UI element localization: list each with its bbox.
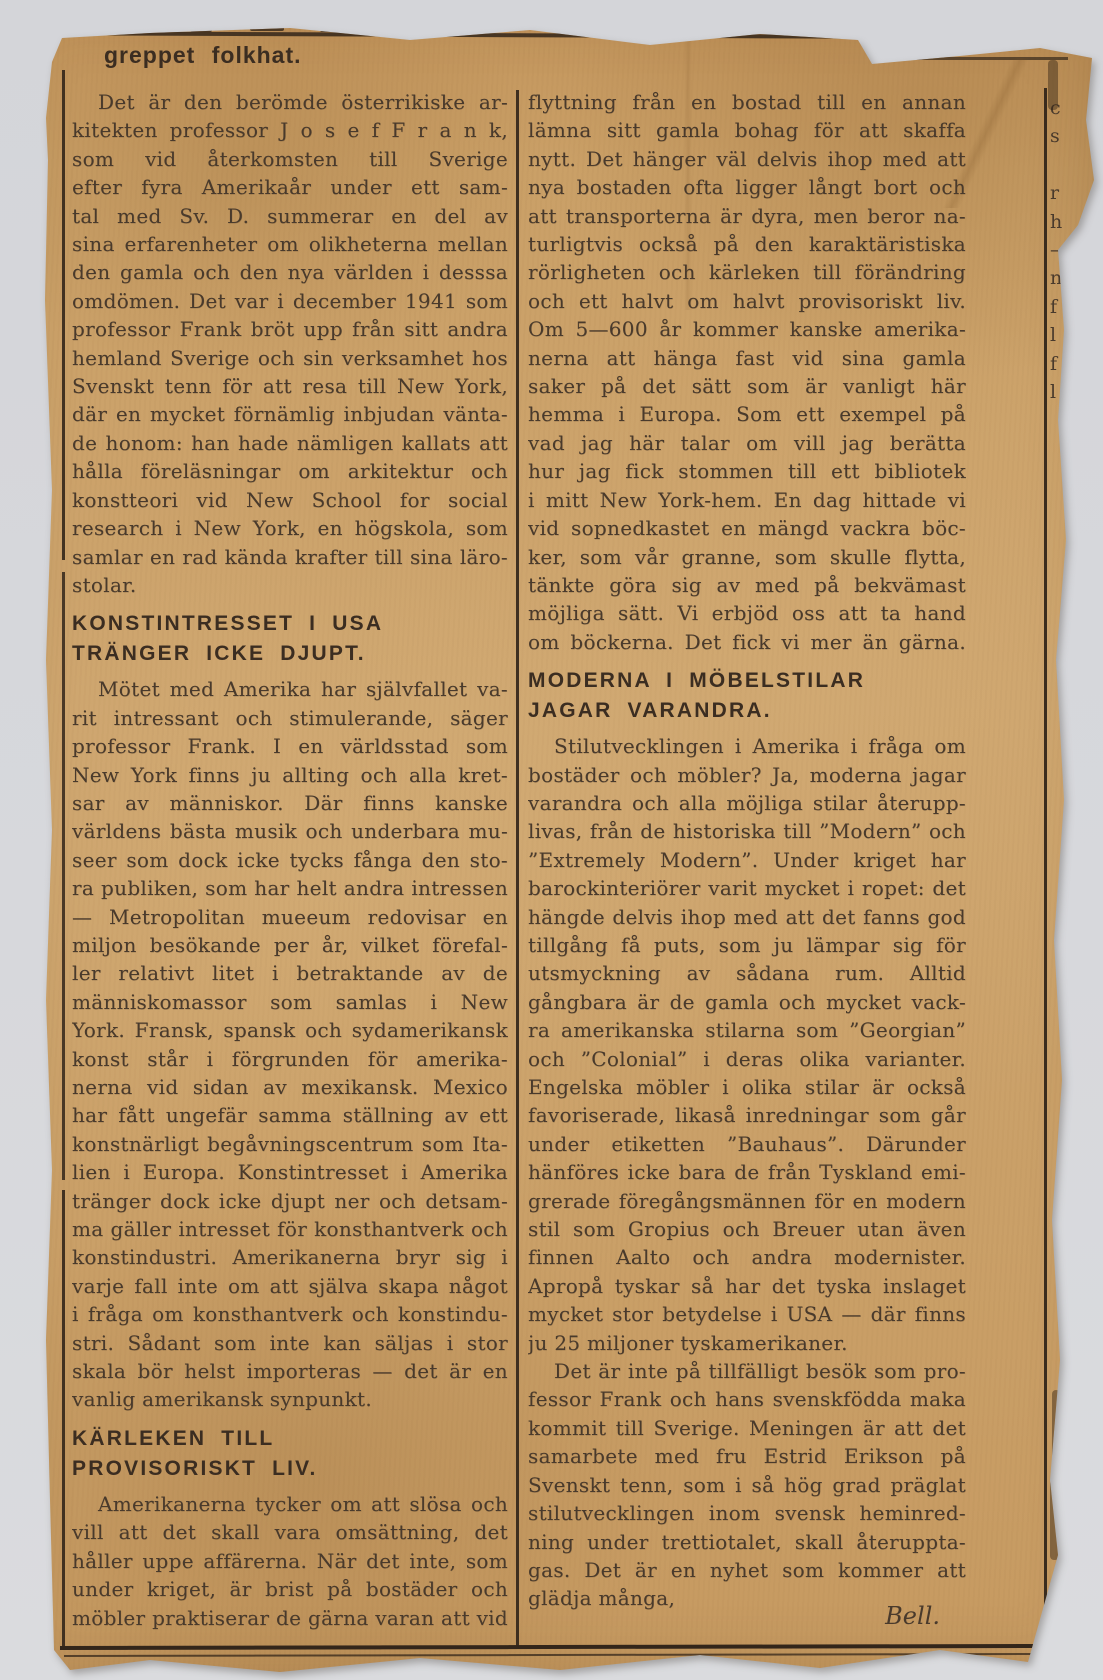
torn-third-column-letter-fragments: csrh—nflfl [1050,94,1066,406]
left-column-rule [62,70,65,560]
text-line: vill att det skall vara omsättning, det [72,1518,508,1546]
text-line: sina erfarenheter om olikheterna mellan [72,230,508,258]
text-line: ker, som vår granne, som skulle flytta, [528,543,966,571]
text-line: professor Frank bröt upp från sitt andra [72,315,508,343]
text-line: att transporterna är dyra, men beror na- [528,202,966,230]
cut-off-text-mark [250,24,284,31]
letter-fragment: l [1050,378,1066,406]
text-line: de honom: han hade nämligen kallats att [72,429,508,457]
text-line: vanlig amerikansk synpunkt. [72,1385,508,1413]
text-line: saker på det sätt som är vanligt här [528,372,966,400]
text-line: gångbara är de gamla och mycket vack- [528,988,966,1016]
cut-off-text-mark [190,26,212,32]
text-line: nerna att hänga fast vid sina gamla [528,344,966,372]
text-line: vid sopnedkastet en mängd vackra böc- [528,514,966,542]
text-line: har fått ungefär samma ställning av ett [72,1101,508,1129]
section-heading: MODERNA I MÖBELSTILARJAGAR VARANDRA. [528,666,966,726]
text-line: varje fall inte om att själva skapa någo… [72,1272,508,1300]
torn-edge-smudge [1050,1480,1059,1560]
text-line: efter fyra Amerikaår under ett sam- [72,173,508,201]
left-column-rule [62,572,65,1180]
letter-fragment: n [1050,264,1066,292]
torn-top-edge-rule-right [872,57,1068,60]
text-line: tränger dock icke djupt ner och detsam- [72,1187,508,1215]
text-line: stolar. [72,571,508,599]
text-line: människomassor som samlas i New [72,988,508,1016]
text-line: Det är inte på tillfälligt besök som pro… [528,1357,966,1385]
heading-line: PROVISORISKT LIV. [72,1454,508,1484]
bottom-border-rule-thick [60,1644,1040,1650]
letter-fragment: r [1050,179,1066,207]
text-line: grerade föregångsmännen för en modern [528,1187,966,1215]
text-line: om böckerna. Det fick vi mer än gärna. [528,628,966,656]
text-line: ler relativt litet i betraktande av de [72,959,508,987]
text-line: omdömen. Det var i december 1941 som [72,287,508,315]
text-line: konstnärligt begåvningscentrum som Ita- [72,1130,508,1158]
text-line: nytt. Det hänger väl delvis ihop med att [528,145,966,173]
text-line: hemland Sverige och sin verksamhet hos [72,344,508,372]
text-line: som vid återkomsten till Sverige [72,145,508,173]
right-text-column: flyttning från en bostad till en annanlä… [528,88,966,1613]
text-line: Svenskt tenn, som i så hög grad präglat [528,1471,966,1499]
text-line: ma gäller intresset för konsthantverk oc… [72,1215,508,1243]
text-line: ju 25 miljoner tyskamerikaner. [528,1329,966,1357]
heading-line: TRÄNGER ICKE DJUPT. [72,639,508,669]
text-line: konst står i förgrunden för amerika- [72,1045,508,1073]
text-line: New York finns ju allting och alla kret- [72,761,508,789]
kicker-headline-fragment: greppet folkhat. [104,42,302,69]
text-line: — Metropolitan mueeum redovisar en [72,903,508,931]
paragraph: flyttning från en bostad till en annanlä… [528,88,966,656]
text-line: fessor Frank och hans svenskfödda maka [528,1385,966,1413]
cut-off-text-mark [320,26,336,32]
text-line: rörligheten och kärleken till förändring [528,258,966,286]
text-line: professor Frank. I en världsstad som [72,732,508,760]
left-column-rule [62,1190,65,1648]
text-line: Stilutvecklingen i Amerika i fråga om [528,732,966,760]
right-column-divider-rule [1044,88,1047,1650]
text-line: stil som Gropius och Breuer utan även [528,1215,966,1243]
text-line: ”Extremely Modern”. Under kriget har [528,846,966,874]
text-line: i mitt New York-hem. En dag hittade vi [528,486,966,514]
text-line: barockinteriörer varit mycket i ropet: d… [528,874,966,902]
paragraph: Amerikanerna tycker om att slösa ochvill… [72,1490,508,1632]
text-line: möbler praktiserar de gärna varan att vi… [72,1604,508,1632]
torn-edge-smudge [1048,60,1058,110]
text-line: rit intressant och stimulerande, säger [72,704,508,732]
text-line: konstteori vid New School for social [72,486,508,514]
paragraph: Stilutvecklingen i Amerika i fråga ombos… [528,732,966,1357]
text-line: skala bör helst importeras — det är en [72,1357,508,1385]
text-line: i fråga om konsthantverk och konstindu- [72,1300,508,1328]
heading-line: MODERNA I MÖBELSTILAR [528,666,966,696]
text-line: mycket stor betydelse i USA — där finns [528,1300,966,1328]
text-line: samlar en rad kända krafter till sina lä… [72,543,508,571]
text-line: flyttning från en bostad till en annan [528,88,966,116]
text-line: stri. Sådant som inte kan säljas i stor [72,1329,508,1357]
text-line: ra amerikanska stilarna som ”Georgian” [528,1016,966,1044]
newspaper-clipping-paper: greppet folkhat. Det är den berömde öste… [0,0,1103,1680]
text-line: varandra och alla möjliga stilar återupp… [528,789,966,817]
text-line: tillgång få puts, som ju lämpar sig för [528,931,966,959]
heading-line: JAGAR VARANDRA. [528,696,966,726]
text-line: världens bästa musik och underbara mu- [72,817,508,845]
text-line: hemma i Europa. Som ett exempel på [528,400,966,428]
text-line: sar av människor. Där finns kanske [72,789,508,817]
cut-off-text-mark [128,24,158,31]
text-line: stilutvecklingen inom svensk heminred- [528,1499,966,1527]
text-line: seer som dock icke tycks fånga den sto- [72,846,508,874]
text-line: den gamla och den nya världen i desssa [72,258,508,286]
text-line: lämna sitt gamla bohag för att skaffa [528,116,966,144]
text-line: livas, från de historiska till ”Modern” … [528,817,966,845]
text-line: vad jag här talar om vill jag berätta [528,429,966,457]
text-line: under kriget, är brist på bostäder och [72,1575,508,1603]
section-heading: KONSTINTRESSET I USATRÄNGER ICKE DJUPT. [72,609,508,669]
text-line: research i New York, en högskola, som [72,514,508,542]
text-line: bostäder och möbler? Ja, moderna jagar [528,761,966,789]
paragraph: Mötet med Amerika har självfallet va-rit… [72,675,508,1414]
text-line: turligtvis också på den karaktäristiska [528,230,966,258]
letter-fragment: — [1050,236,1066,264]
text-line: och ”Colonial” i deras olika varianter. [528,1045,966,1073]
heading-line: KÄRLEKEN TILL [72,1424,508,1454]
text-line: Om 5—600 år kommer kanske amerika- [528,315,966,343]
text-line: ra publiken, som har helt andra intresse… [72,874,508,902]
text-line: York. Fransk, spansk och sydamerikansk [72,1016,508,1044]
text-line: och ett halvt om halvt provisoriskt liv. [528,287,966,315]
paragraph: Det är inte på tillfälligt besök som pro… [528,1357,966,1613]
text-line: konstindustri. Amerikanerna bryr sig i [72,1243,508,1271]
text-line: hur jag fick stommen till ett bibliotek [528,457,966,485]
torn-top-edge-rule [58,31,870,39]
text-line: tal med Sv. D. summerar en del av [72,202,508,230]
text-line: hängde delvis ihop med att det fanns god [528,903,966,931]
text-line: håller uppe affärerna. När det inte, som [72,1547,508,1575]
text-line: gas. Det är en nyhet som kommer att [528,1556,966,1584]
letter-fragment: l [1050,321,1066,349]
text-line: finnen Aalto och andra modernister. [528,1243,966,1271]
text-line: hänföres icke bara de från Tyskland emi- [528,1158,966,1186]
text-line: miljon besökande per år, vilket förefal- [72,931,508,959]
heading-line: KONSTINTRESSET I USA [72,609,508,639]
text-line: nerna vid sidan av mexikansk. Mexico [72,1073,508,1101]
text-line: favoriserade, likaså inredningar som går [528,1101,966,1129]
text-line: lien i Europa. Konstintresset i Amerika [72,1158,508,1186]
text-line: nya bostaden ofta ligger långt bort och [528,173,966,201]
clipping-shadow-wrap: greppet folkhat. Det är den berömde öste… [0,0,1103,1680]
letter-fragment: f [1050,350,1066,378]
text-line: Engelska möbler i olika stilar är också [528,1073,966,1101]
paragraph: Det är den berömde österrikiske ar-kitek… [72,88,508,599]
left-text-column: Det är den berömde österrikiske ar-kitek… [72,88,508,1632]
bottom-border-rule-thin [64,1653,1038,1657]
column-divider-rule [516,90,519,1648]
text-line: där en mycket förnämlig inbjudan vänta- [72,400,508,428]
text-line: kitekten professor J o s e f F r a n k, [72,116,508,144]
letter-fragment: f [1050,293,1066,321]
torn-edge-smudge [1052,1390,1060,1460]
text-line: ning under trettiotalet, skall återuppta… [528,1528,966,1556]
text-line: tänkte göra sig av med på bekvämast [528,571,966,599]
text-line: kommit till Sverige. Meningen är att det [528,1414,966,1442]
text-line: Amerikanerna tycker om att slösa och [72,1490,508,1518]
text-line: hålla föreläsningar om arkitektur och [72,457,508,485]
text-line: Det är den berömde österrikiske ar- [72,88,508,116]
cut-off-text-mark [96,26,114,32]
letter-fragment: h [1050,208,1066,236]
text-line: möjliga sätt. Vi erbjöd oss att ta hand [528,599,966,627]
text-line: Apropå tyskar så har det tyska inslaget [528,1272,966,1300]
text-line: under etiketten ”Bauhaus”. Därunder [528,1130,966,1158]
letter-fragment [1050,151,1066,179]
text-line: Svenskt tenn för att resa till New York, [72,372,508,400]
text-line: Mötet med Amerika har självfallet va- [72,675,508,703]
letter-fragment: s [1050,122,1066,150]
article-signature: Bell. [528,1602,966,1630]
section-heading: KÄRLEKEN TILLPROVISORISKT LIV. [72,1424,508,1484]
text-line: samarbete med fru Estrid Erikson på [528,1442,966,1470]
text-line: utsmyckning av sådana rum. Alltid [528,959,966,987]
scanned-newspaper-clipping-page: greppet folkhat. Det är den berömde öste… [0,0,1103,1680]
